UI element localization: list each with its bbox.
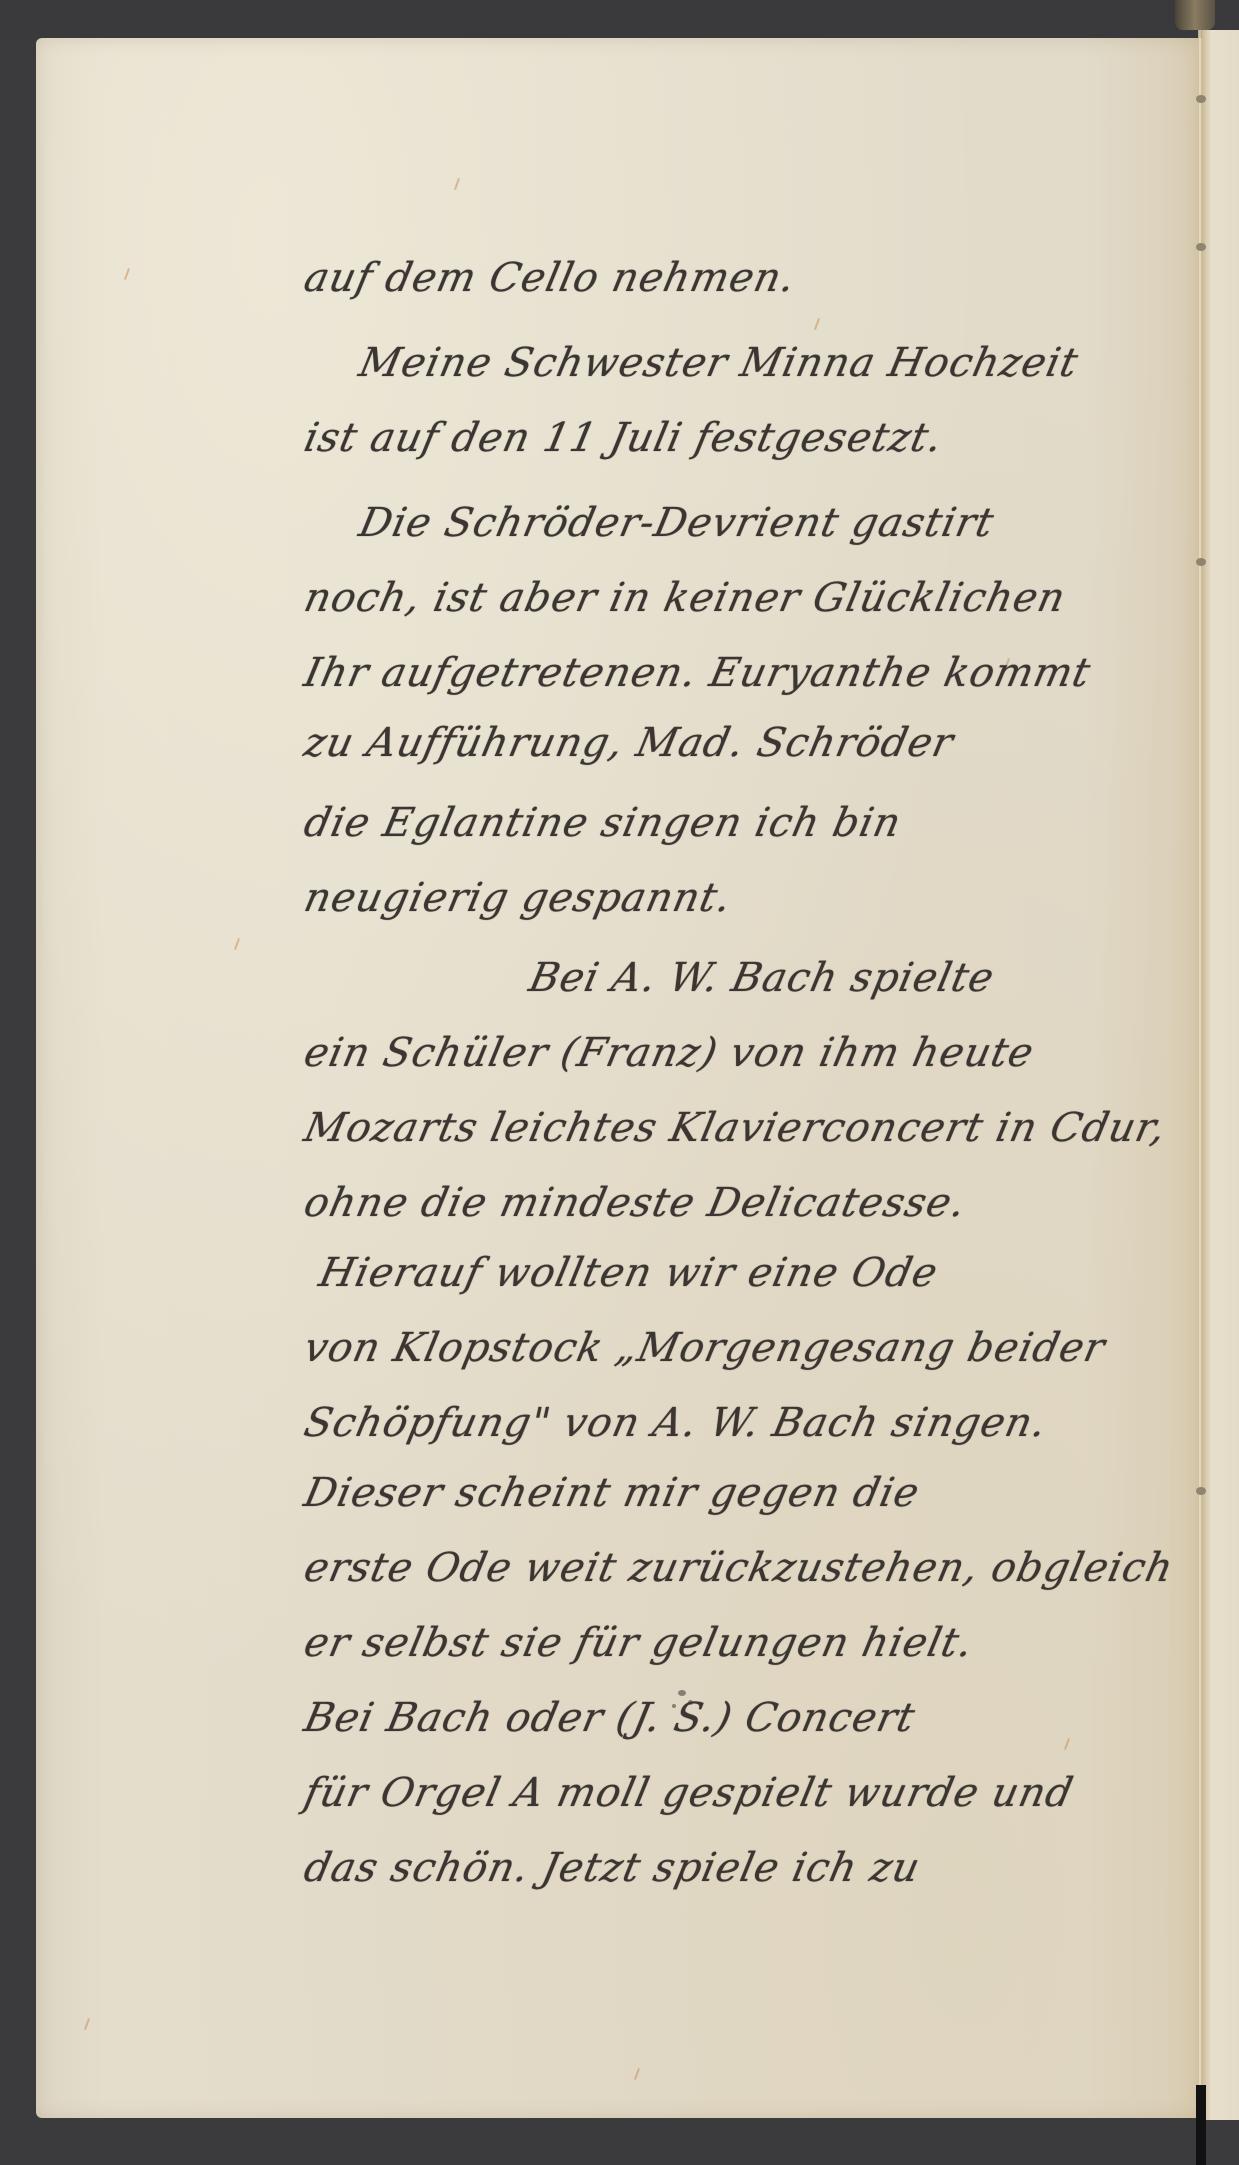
text-line: von Klopstock „Morgengesang beider — [300, 1325, 1109, 1371]
text-line: zu Aufführung, Mad. Schröder — [300, 720, 958, 766]
adjacent-page-edge — [1202, 30, 1239, 2120]
text-line: Die Schröder-Devrient gastirt — [355, 500, 998, 546]
text-line: Ihr aufgetretenen. Euryanthe kommt — [300, 650, 1095, 696]
spine-shadow — [1196, 2085, 1206, 2165]
text-line: auf dem Cello nehmen. — [300, 255, 800, 301]
text-line: Mozarts leichtes Klavierconcert in Cdur, — [300, 1105, 1170, 1151]
binding-hole — [1196, 1487, 1206, 1495]
binding-hole — [1196, 95, 1206, 103]
text-line: für Orgel A moll gespielt wurde und — [300, 1770, 1077, 1816]
binding-hole — [1196, 558, 1206, 566]
text-line: ein Schüler (Franz) von ihm heute — [300, 1030, 1038, 1076]
text-line: das schön. Jetzt spiele ich zu — [300, 1845, 924, 1891]
binding-hole — [1196, 243, 1206, 251]
text-line: Dieser scheint mir gegen die — [300, 1470, 924, 1516]
ink-blot — [678, 1690, 686, 1696]
ink-blot — [672, 1704, 676, 1708]
text-line: ist auf den 11 Juli festgesetzt. — [300, 415, 947, 461]
text-line: erste Ode weit zurückzustehen, obgleich — [300, 1545, 1178, 1591]
text-line: Bei Bach oder (J. S.) Concert — [300, 1695, 919, 1741]
text-line: neugierig gespannt. — [300, 875, 736, 921]
page-fold — [1198, 30, 1202, 2090]
text-line: Schöpfung" von A. W. Bach singen. — [300, 1400, 1051, 1446]
text-line: noch, ist aber in keiner Glücklichen — [300, 575, 1070, 621]
ink-blot — [688, 1700, 693, 1705]
text-line: er selbst sie für gelungen hielt. — [300, 1620, 977, 1666]
text-line: Meine Schwester Minna Hochzeit — [355, 340, 1083, 386]
text-line: Bei A. W. Bach spielte — [525, 955, 998, 1001]
binding-tear — [1175, 0, 1215, 30]
text-line: ohne die mindeste Delicatesse. — [300, 1180, 970, 1226]
text-line: Hierauf wollten wir eine Ode — [315, 1250, 942, 1296]
scan-backdrop — [0, 0, 1239, 40]
text-line: die Eglantine singen ich bin — [300, 800, 905, 846]
